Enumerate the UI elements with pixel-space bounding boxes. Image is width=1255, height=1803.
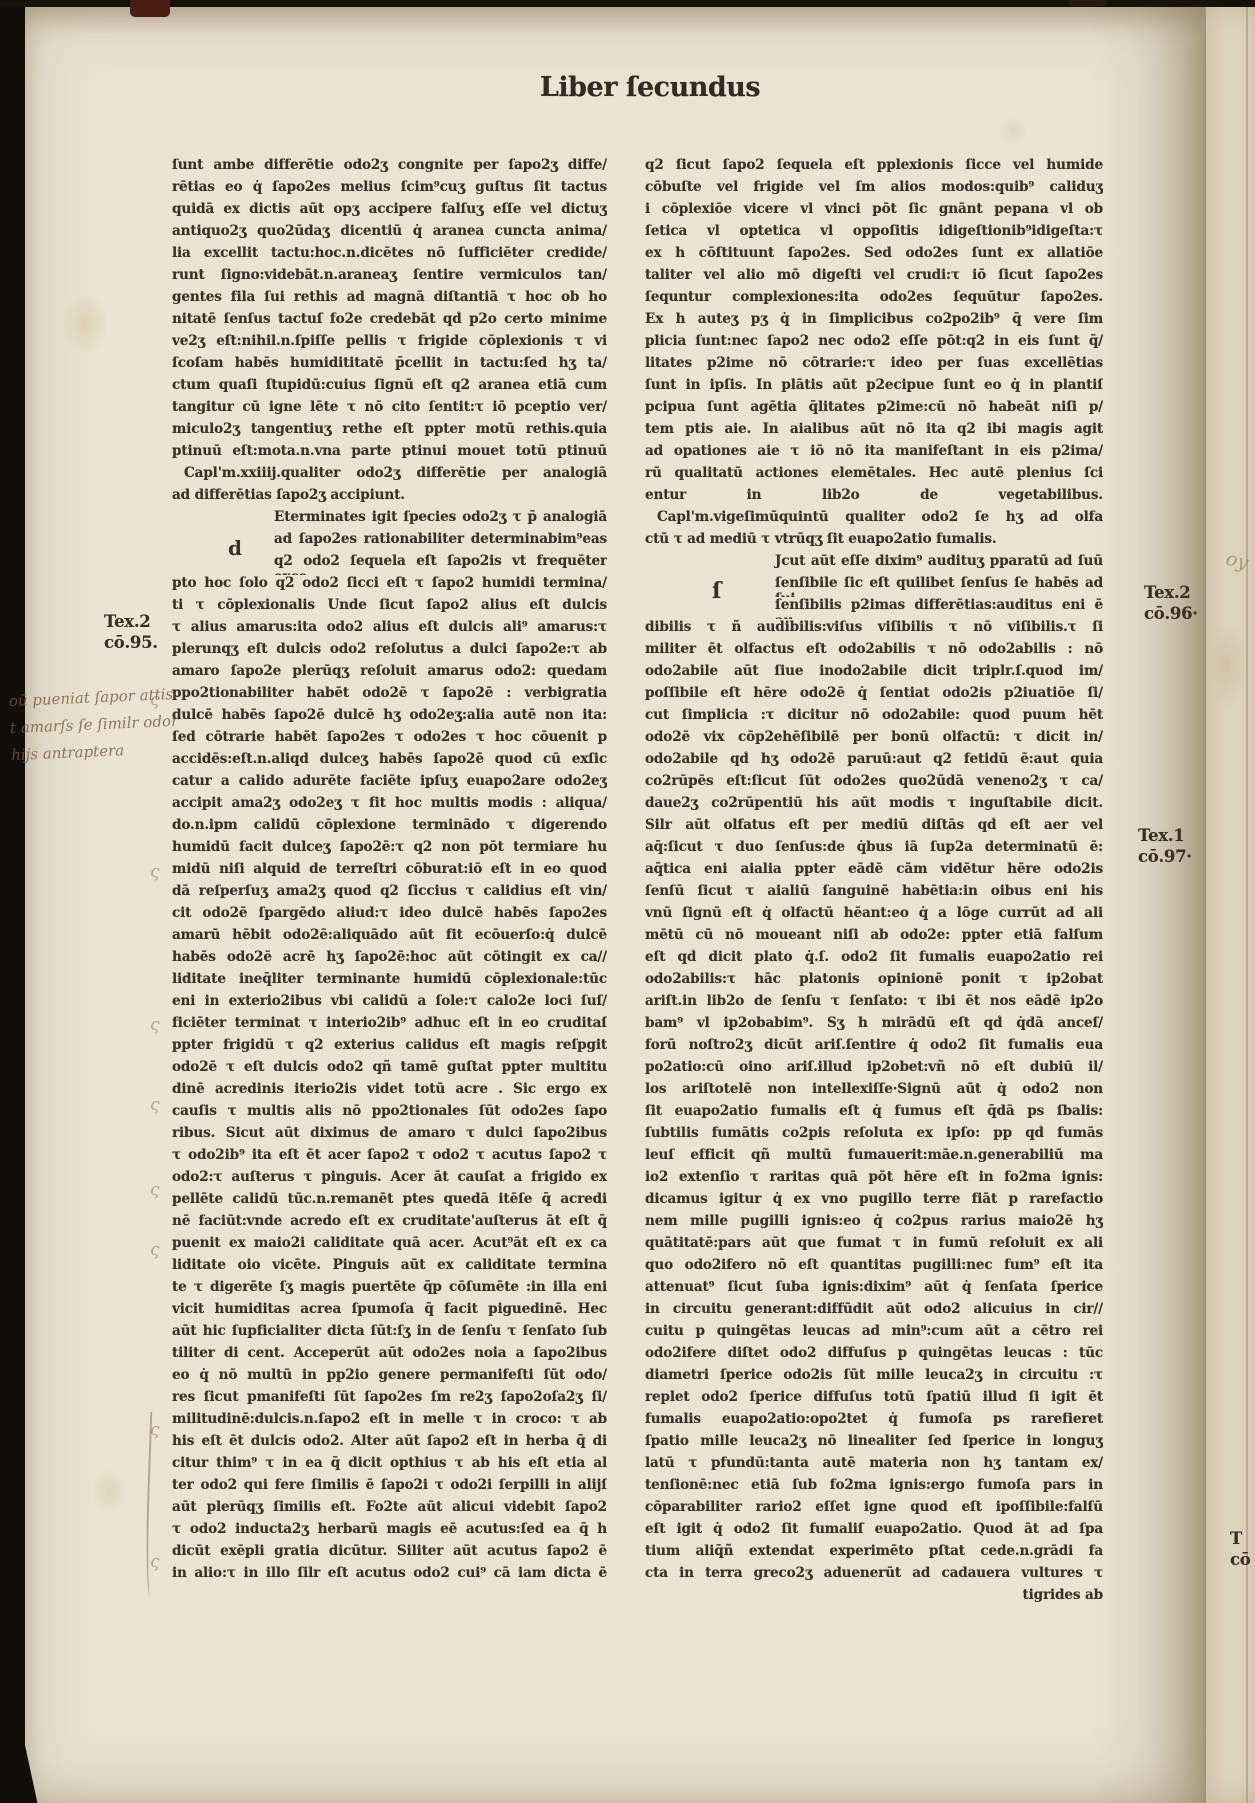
text-line: odo2abile qḋ hʒ odo2ē paruū:aut q2 fetid… — [645, 751, 1103, 773]
text-line: in alio:τ in illo ſilr eſt acutus odo2 c… — [172, 1565, 607, 1587]
text-line: res ſicut pmanifeſti ſūt ſapo2es ſm re2ʒ… — [172, 1389, 607, 1411]
text-line: ſetica vl optetica vl oppoſitis idigeſti… — [645, 223, 1103, 245]
text-line: ptinuū eſt:mota.n.vna parte ptinui mouet… — [172, 443, 607, 465]
text-line: antiquo2ʒ quo2ūdaʒ dicentiū q̇ aranea cu… — [172, 223, 607, 245]
text-line: dinē acredinis iterio2is videt̄ totū acr… — [172, 1081, 607, 1103]
text-line: replet odo2 ſperice diffuſus totū ſpatiū… — [645, 1389, 1103, 1411]
text-line: po2atio:cū oino ariſ.illud ip2obet:vñ nō… — [645, 1059, 1103, 1081]
text-line: ppter frigidū τ q2 exterius calidus eſt … — [172, 1037, 607, 1059]
text-line: tenſionē:nec etiā ſub fo2ma ignis:ergo f… — [645, 1477, 1103, 1499]
text-line: eo q̇ nō multū in pp2io genere permanife… — [172, 1367, 607, 1389]
text-line: amaro ſapo2e plerūqʒ reſoluit amarus odo… — [172, 663, 607, 685]
text-line: ribus. Sicut aūt diximus de amaro τ dulc… — [172, 1125, 607, 1147]
text-line: Jcut aūt eſſe dixim⁹ audituʒ pparatū ad … — [645, 553, 1103, 575]
text-line: aūt hic ſupficialiter dicta ſūt:ſʒ in de… — [172, 1323, 607, 1345]
text-line: miculo2ʒ tangentiuʒ rethe eſt ppter motū… — [172, 421, 607, 443]
text-line: Capl'm.xxiiij.qualiter odo2ʒ differētie … — [172, 465, 607, 487]
text-line: diametri ſperice odo2is ſūt mille leuca2… — [645, 1367, 1103, 1389]
text-line: quidā ex dictis aūt opʒ accipere falſuʒ … — [172, 201, 607, 223]
scan-background-top — [0, 0, 1255, 7]
text-line: mētū cū nō moueant̄ niſi ab odo2e: ppter… — [645, 927, 1103, 949]
text-line: los ariſtotelē non intellexiſſe·Signū aū… — [645, 1081, 1103, 1103]
text-line: citur thim⁹ τ in ea q̄ dicit̄ opthius τ … — [172, 1455, 607, 1477]
text-line: bam⁹ vl ip2obabim⁹. Sʒ h mirādū eſt qḋ q… — [645, 1015, 1103, 1037]
text-line: do.n.ipm calidū cōplexione terminādo τ d… — [172, 817, 607, 839]
text-line: liditate ineq̄liter terminante humidū cō… — [172, 971, 607, 993]
text-line: amarū hēbit odo2ē:aliquādo aūt fit ecōue… — [172, 927, 607, 949]
text-line: ti τ cōplexionalis Unde ſicut ſapo2 aliu… — [172, 597, 607, 619]
text-line: accipit ama2ʒ odo2eʒ τ fit hoc multis mo… — [172, 795, 607, 817]
text-line: militudinē:dulcis.n.ſapo2 eſt in melle τ… — [172, 1411, 607, 1433]
text-line: odo2ē vix cōp2ehēſibilē per bonū olfactū… — [645, 729, 1103, 751]
text-line: tem ptis aie. In aialibus aūt nō ita q2 … — [645, 421, 1103, 443]
text-line: plicia ſunt:nec ſapo2 nec odo2 eſſe pōt:… — [645, 333, 1103, 355]
text-line: τ odo2ib⁹ ita eſt ēt acer ſapo2 τ odo2 τ… — [172, 1147, 607, 1169]
text-line: quātitatē:pars aūt que fumat τ in fumū r… — [645, 1235, 1103, 1257]
text-line: in circuitu generant̄:diffūdit̄ aūt odo2… — [645, 1301, 1103, 1323]
text-line: dicamus igitur q̇ ex vno pugillo terre f… — [645, 1191, 1103, 1213]
text-line: ppo2tionabiliter habēt odo2ē τ ſapo2ē : … — [172, 685, 607, 707]
text-line: τ odo2 inducta2ʒ herbarū magis eē acutus… — [172, 1521, 607, 1543]
text-line: aūt plerūqʒ ſimilis eſt. Fo2te aūt alicu… — [172, 1499, 607, 1521]
text-column-left: ſunt ambe differētie odo2ʒ congnite per … — [172, 157, 607, 1587]
text-line: ter odo2 qui fere ſimilis ē ſapo2i τ odo… — [172, 1477, 607, 1499]
text-line: nem mille pugilli ignis:eo q̇ co2pus rar… — [645, 1213, 1103, 1235]
pen-mark: ς — [150, 1015, 160, 1035]
text-line: ſubtilis fumātis co2pis reſoluta ex ipſo… — [645, 1125, 1103, 1147]
margin-ref-co95: Tex.2 cō.95. — [104, 611, 172, 653]
text-line: ſcoſam habēs humidititatē p̄cellit in ta… — [172, 355, 607, 377]
text-line: catur a calido adurēte faciēte ipſuʒ eua… — [172, 773, 607, 795]
text-line: eſt qḋ dicit plato q̇.ſ. odo2 ſit fumali… — [645, 949, 1103, 971]
text-line: his eſt ēt dulcis odo2. Alter aūt ſapo2 … — [172, 1433, 607, 1455]
margin-ref-co96: Tex.2 cō.96· — [1144, 582, 1206, 624]
text-line: habēs odo2ē acrē hʒ ſapo2ē:hoc aūt cōtin… — [172, 949, 607, 971]
margin-ref-line: Tex.2 — [1144, 582, 1206, 603]
margin-ref-line: cō — [1230, 1549, 1255, 1570]
text-line: pcipua ſunt agētia q̄litates p2ime:cū nō… — [645, 399, 1103, 421]
text-line: ex h cōſtituunt ſapo2es. Sed odo2es ſunt… — [645, 245, 1103, 267]
text-line: runt ſigno:videbāt.n.araneaʒ ſentire ver… — [172, 267, 607, 289]
scanned-book-page: { "page": { "header_title": "Liber ſecun… — [0, 0, 1255, 1803]
text-line: odo2ē τ eſt dulcis odo2 qñ tamē guſtat̄ … — [172, 1059, 607, 1081]
pen-mark: ς — [150, 1095, 160, 1115]
margin-ref-next-leaf-partial: T cō — [1230, 1528, 1255, 1570]
text-line: Ex h auteʒ pʒ q̇ in ſimplicibus co2po2ib… — [645, 311, 1103, 333]
text-line: tangitur cū igne lēte τ nō cito ſentit:τ… — [172, 399, 607, 421]
margin-ref-line: cō.95. — [104, 632, 172, 653]
text-line: ad differētias ſapo2ʒ accipiunt. — [172, 487, 607, 509]
text-line: te τ digerēte ſʒ magis puertēte q̄p cōſu… — [172, 1279, 607, 1301]
text-line: odo2:τ auſterus τ pinguis. Acer āt cauſa… — [172, 1169, 607, 1191]
ink-offset-smudge — [1206, 620, 1248, 710]
text-line: accidēs:eſt.n.aliqd dulceʒ habēs ſapo2ē … — [172, 751, 607, 773]
text-line: tigrides ab — [645, 1587, 1103, 1609]
text-column-right: q2 ſicut ſapo2 ſequela eſt pplexionis ſi… — [645, 157, 1103, 1609]
text-line: co2rūpēs eſt:ſicut ſūt odo2es quo2ūdā ve… — [645, 773, 1103, 795]
text-line: ſequntur complexiones:ita odo2es ſequūtu… — [645, 289, 1103, 311]
text-line: leuſ efficit̄ qñ multū fumauerit:māe.n.g… — [645, 1147, 1103, 1169]
text-line: Silr aūt olfatus eſt per mediū diſtās qḋ… — [645, 817, 1103, 839]
text-line: midū niſi alquid de terreſtri cōburat:iō… — [172, 861, 607, 883]
text-line: militer ēt olfactus eſt odo2abilis τ nō … — [645, 641, 1103, 663]
pen-mark: ς — [150, 690, 160, 710]
text-line: cuitu p quingētas leucas ad min⁹:cum aūt… — [645, 1323, 1103, 1345]
text-line: eſt igit̄ q̇ odo2 ſit fumaliſ euapo2atio… — [645, 1521, 1103, 1543]
page-edge-nick — [1068, 0, 1108, 6]
handwritten-marginalia: oū pueniat ſapor attist amarſs ſe ſimilr… — [8, 680, 201, 769]
text-line: lia excellit tactu:hoc.n.dicētes nō ſuff… — [172, 245, 607, 267]
text-line: ſpatio mille leuca2ʒ nō linealiter ſed ſ… — [645, 1433, 1103, 1455]
text-line: Eterminates igit̄ ſpecies odo2ʒ τ p̄ ana… — [172, 509, 607, 531]
text-line: ſunt ambe differētie odo2ʒ congnite per … — [172, 157, 607, 179]
text-line: entur in lib2o de vegetabilibus. — [645, 487, 1103, 509]
text-line: io2 extenſio τ raritas quā pōt hēre eſt … — [645, 1169, 1103, 1191]
text-line: cōbuſte vel frigide vel ſm alios modos:q… — [645, 179, 1103, 201]
margin-ref-line: Tex.1 — [1138, 825, 1204, 846]
margin-ref-line: Tex.2 — [104, 611, 172, 632]
text-line: pellēte calidū tūc.n.remanēt ptes quedā … — [172, 1191, 607, 1213]
margin-ref-co97: Tex.1 cō.97· — [1138, 825, 1204, 867]
text-line: ſenſū ſicut τ aialiū ſanguinē habētia:in… — [645, 883, 1103, 905]
text-line: liditate oio vicēte. Pinguis aūt ex cali… — [172, 1257, 607, 1279]
text-line: odo2abile aūt ſiue inodo2abile dicit̄ tr… — [645, 663, 1103, 685]
text-line: τ alius amarus:ita odo2 alius eſt dulcis… — [172, 619, 607, 641]
text-line: poſſibile eſt hēre odo2ē q̇ ſentiat̄ odo… — [645, 685, 1103, 707]
text-line: litates p2ime nō cōtrarie:τ ideo per ſua… — [645, 355, 1103, 377]
text-line: dicūt exēpli gratia dicūtur. Siliter aūt… — [172, 1543, 607, 1565]
text-line: forū noſtro2ʒ dicūt ariſ.ſentire q̇ odo2… — [645, 1037, 1103, 1059]
initial-guide-letter-left: d — [228, 536, 242, 560]
text-line: ctū τ ad mediū τ vtrūqʒ ſit euapo2atio f… — [645, 531, 1103, 553]
text-line: eni in exterio2ibus vbi calidū a ſole:τ … — [172, 993, 607, 1015]
text-line: daue2ʒ co2rūpentiū his aūt modis τ inguſ… — [645, 795, 1103, 817]
text-line: rētias eo q̇ ſapo2es melius ſcim⁹cuʒ guſ… — [172, 179, 607, 201]
margin-ref-line: T — [1230, 1528, 1255, 1549]
text-line: dibilis τ ñ audibilis:viſus viſibilis τ … — [645, 619, 1103, 641]
margin-ref-line: cō.97· — [1138, 846, 1204, 867]
text-line: tium aliq̄ñ extendat̄ experimēto pſtat c… — [645, 1543, 1103, 1565]
text-line: humidū facit dulceʒ ſapo2ē:τ q2 non pōt … — [172, 839, 607, 861]
text-line: aq̄tica eni aialia ppter eādē cām vidētu… — [645, 861, 1103, 883]
text-line: odo2abilis:τ hāc platonis opinionē ponit… — [645, 971, 1103, 993]
text-line: cta in terra greco2ʒ aduenerūt ad cadaue… — [645, 1565, 1103, 1587]
text-line: tiliter di cent. Acceperūt aūt odo2es no… — [172, 1345, 607, 1367]
text-line: q2 ſicut ſapo2 ſequela eſt pplexionis ſi… — [645, 157, 1103, 179]
text-line: i cōplexiōe vicere vl vinci pōt ſic gnān… — [645, 201, 1103, 223]
text-line: dulcē habēs ſapo2ē dulcē hʒ odo2eʒ:alia … — [172, 707, 607, 729]
text-line: cōparabiliter rario2 eſſet igne quod eſt… — [645, 1499, 1103, 1521]
pen-mark: ς — [150, 1552, 160, 1572]
text-line: Capl'm.vigeſimūquintū qualiter odo2 ſe h… — [645, 509, 1103, 531]
text-line: cut ſimplicia :τ dicitur nō odo2abile: q… — [645, 707, 1103, 729]
text-line: ad opationes aie τ iō nō ita manifeſtant… — [645, 443, 1103, 465]
gutter-shadow — [1090, 6, 1203, 1803]
text-line: dā reſperſuʒ ama2ʒ quod q2 ſiccius τ cal… — [172, 883, 607, 905]
text-line: ſunt in ipſis. In plātis aūt p2ecipue ſu… — [645, 377, 1103, 399]
pen-mark: ς — [150, 862, 160, 882]
text-line: aq̄:ſicut τ duo ſenſus:de q̇bus iā ſup2a… — [645, 839, 1103, 861]
text-line: ſed cōtrarie habēt ſapo2es τ odo2es τ ho… — [172, 729, 607, 751]
text-line: quo odo2ifero nō eſt quantitas pugilli:n… — [645, 1257, 1103, 1279]
text-line: puenit ex maio2i caliditate quā acer. Ac… — [172, 1235, 607, 1257]
text-line: ve2ʒ eſt:nihil.n.ſpiſſe pellis τ frigide… — [172, 333, 607, 355]
text-line: attenuat⁹ ſicut ſuba ignis:dixim⁹ aūt q̇… — [645, 1279, 1103, 1301]
binding-tab — [130, 0, 170, 17]
text-line: gentes fila ſui rethis ad magnā diſtanti… — [172, 289, 607, 311]
text-line: ariſt.in lib2o de ſenſu τ ſenſato: τ ibi… — [645, 993, 1103, 1015]
text-line: cauſis τ multis alis nō ppo2tionales ſūt… — [172, 1103, 607, 1125]
pen-mark: ς — [150, 1420, 160, 1440]
text-line: ſit euapo2atio fumalis eſt q̇ fumus eſt … — [645, 1103, 1103, 1125]
margin-ref-line: cō.96· — [1144, 603, 1206, 624]
text-line: nitatē ſenſus tactuſ fo2e credebāt qḋ p2… — [172, 311, 607, 333]
pen-mark: ς — [150, 1240, 160, 1260]
text-line: pto hoc ſolo q2 odo2 ſicci eſt τ ſapo2 h… — [172, 575, 607, 597]
text-line: taliter vel alio mō digeſti vel crudi:τ … — [645, 267, 1103, 289]
text-line: latū τ pfundū:tanta autē materia non hʒ … — [645, 1455, 1103, 1477]
text-line: vicit humiditas acrea ſpumoſa q̄ facit p… — [172, 1301, 607, 1323]
text-line: ctum quaſi ſtupidū:cuius ſignū eſt q2 ar… — [172, 377, 607, 399]
scan-background-left — [0, 0, 25, 1803]
text-line: ficiēter terminat̄ τ interio2ib⁹ adhuc e… — [172, 1015, 607, 1037]
text-line: fumalis euapo2atio:opo2tet q̇ fumoſa ps … — [645, 1411, 1103, 1433]
text-line: odo2ifere diſtet odo2 diffuſus p quingēt… — [645, 1345, 1103, 1367]
initial-guide-letter-right: ſ — [712, 578, 721, 604]
text-line: cit odo2ē ſpargēdo aliud:τ ideo dulcē ha… — [172, 905, 607, 927]
text-line: rū qualitatū actiones elemētales. Hec au… — [645, 465, 1103, 487]
pen-mark: ς — [150, 1180, 160, 1200]
text-line: vnū ſignū eſt q̇ olfactū hēant:eo q̇ a l… — [645, 905, 1103, 927]
text-line: nē faciūt:vnde acredo eſt ex cruditate'a… — [172, 1213, 607, 1235]
running-title: Liber ſecundus — [480, 72, 820, 103]
text-line: plerunqʒ eſt dulcis odo2 reſolutus a dul… — [172, 641, 607, 663]
